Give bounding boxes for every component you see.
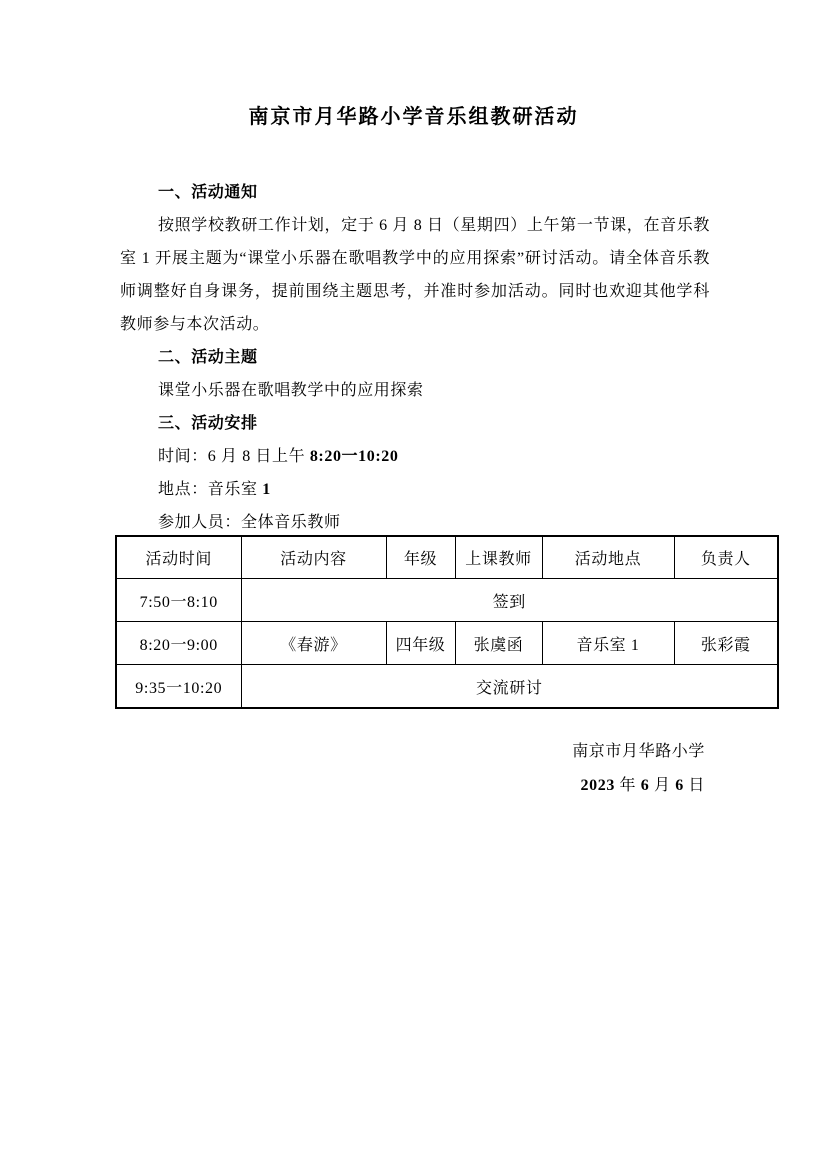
signature-org: 南京市月华路小学 (572, 735, 705, 769)
section-2-paragraph: 课堂小乐器在歌唱教学中的应用探索 (120, 374, 710, 407)
cell-grade: 四年级 (386, 622, 455, 665)
header-cell-content: 活动内容 (241, 536, 386, 579)
cell-merged-signin: 签到 (241, 579, 778, 622)
cell-place: 音乐室 1 (542, 622, 674, 665)
cell-time: 9:35一10:20 (116, 665, 241, 709)
table-row: 7:50一8:10 签到 (116, 579, 778, 622)
activity-time-label: 时间：6 月 8 日上午 (158, 448, 310, 465)
activity-location-number: 1 (262, 481, 271, 498)
page-title: 南京市月华路小学音乐组教研活动 (0, 0, 827, 131)
section-1-heading: 一、活动通知 (120, 176, 710, 209)
table-header-row: 活动时间 活动内容 年级 上课教师 活动地点 负责人 (116, 536, 778, 579)
signature-date-day-unit: 日 (684, 777, 705, 794)
table-row: 9:35一10:20 交流研讨 (116, 665, 778, 709)
document-body: 一、活动通知 按照学校教研工作计划，定于 6 月 8 日（星期四）上午第一节课，… (120, 176, 710, 539)
signature-date-day-num: 6 (675, 777, 684, 794)
cell-lead: 张彩霞 (674, 622, 778, 665)
signature-date-month-unit: 月 (649, 777, 675, 794)
section-3-heading: 三、活动安排 (120, 407, 710, 440)
signature-date-year-unit: 年 (615, 777, 641, 794)
cell-content: 《春游》 (241, 622, 386, 665)
activity-location-line: 地点：音乐室 1 (120, 473, 710, 506)
cell-merged-discussion: 交流研讨 (241, 665, 778, 709)
header-cell-lead: 负责人 (674, 536, 778, 579)
activity-time-line: 时间：6 月 8 日上午 8:20一10:20 (120, 440, 710, 473)
header-cell-place: 活动地点 (542, 536, 674, 579)
activity-time-range: 8:20一10:20 (310, 448, 399, 465)
signature-date: 2023 年 6 月 6 日 (572, 769, 705, 803)
cell-time: 7:50一8:10 (116, 579, 241, 622)
signature-block: 南京市月华路小学 2023 年 6 月 6 日 (572, 735, 705, 803)
activity-location-label: 地点：音乐室 (158, 481, 262, 498)
cell-time: 8:20一9:00 (116, 622, 241, 665)
cell-teacher: 张虞函 (455, 622, 542, 665)
header-cell-time: 活动时间 (116, 536, 241, 579)
section-1-paragraph: 按照学校教研工作计划，定于 6 月 8 日（星期四）上午第一节课，在音乐教室 1… (120, 209, 710, 341)
section-2-heading: 二、活动主题 (120, 341, 710, 374)
header-cell-teacher: 上课教师 (455, 536, 542, 579)
document-page: 南京市月华路小学音乐组教研活动 一、活动通知 按照学校教研工作计划，定于 6 月… (0, 0, 827, 1170)
header-cell-grade: 年级 (386, 536, 455, 579)
signature-date-year-num: 2023 (581, 777, 615, 794)
schedule-table: 活动时间 活动内容 年级 上课教师 活动地点 负责人 7:50一8:10 签到 … (115, 535, 779, 709)
table-row: 8:20一9:00 《春游》 四年级 张虞函 音乐室 1 张彩霞 (116, 622, 778, 665)
